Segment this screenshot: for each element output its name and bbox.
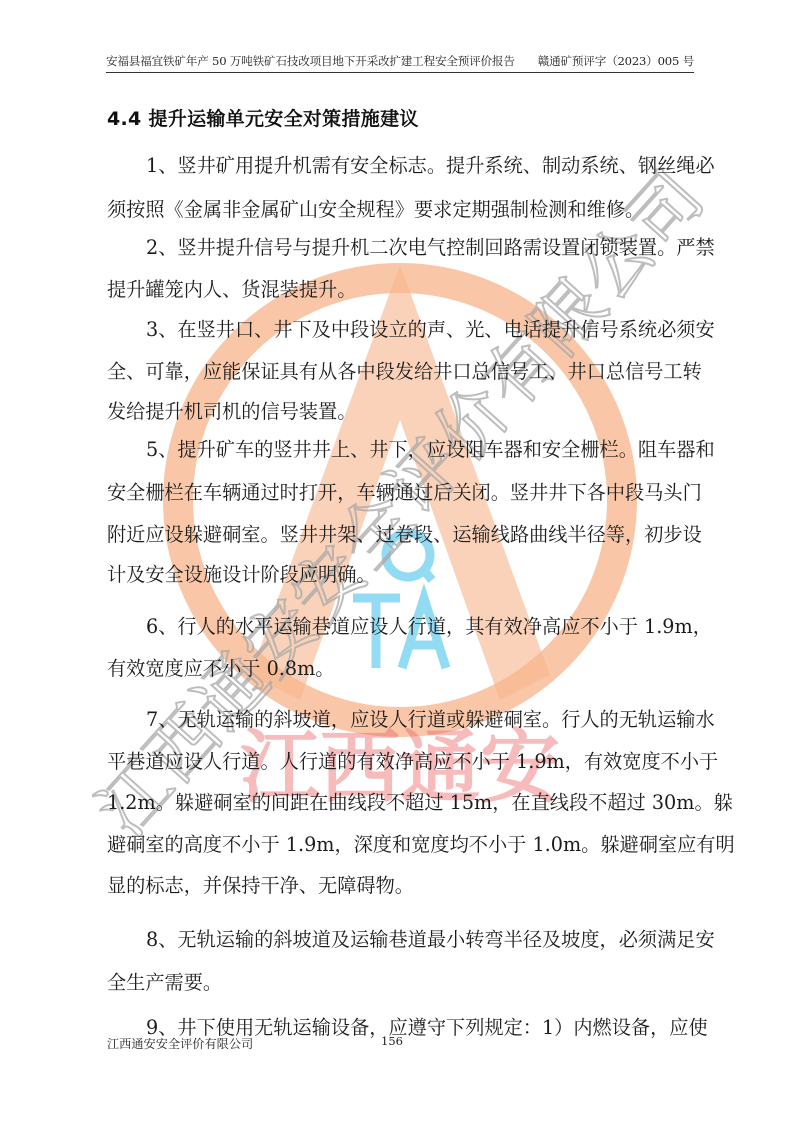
paragraph-7-line-2: 平巷道应设人行道。人行道的有效净高应不小于 1.9m，有效宽度不小于 (107, 749, 693, 775)
paragraph-5-line-3: 附近应设躲避硐室。竖井井架、过卷段、运输线路曲线半径等，初步设 (107, 522, 693, 548)
report-title: 安福县福宜铁矿年产 50 万吨铁矿石技改项目地下开采改扩建工程安全预评价报告 (106, 53, 515, 72)
watermark-qta-letters (353, 533, 446, 668)
paragraph-1-line-2: 须按照《金属非金属矿山安全规程》要求定期强制检测和维修。 (107, 197, 693, 223)
paragraph-7-line-5: 显的标志，并保持干净、无障碍物。 (107, 873, 693, 899)
paragraph-5-line-4: 计及安全设施设计阶段应明确。 (107, 562, 693, 588)
paragraph-7-line-3: 1.2m。躲避硐室的间距在曲线段不超过 15m，在直线段不超过 30m。躲 (107, 790, 693, 816)
report-number: 赣通矿预评字（2023）005 号 (538, 53, 694, 72)
paragraph-2-line-1: 2、竖井提升信号与提升机二次电气控制回路需设置闭锁装置。严禁 (146, 235, 693, 261)
paragraph-3-line-2: 全、可靠，应能保证具有从各中段发给井口总信号工、井口总信号工转 (107, 359, 693, 385)
paragraph-6-line-1: 6、行人的水平运输巷道应设人行道，其有效净高应不小于 1.9m， (146, 614, 693, 640)
page-header: 安福县福宜铁矿年产 50 万吨铁矿石技改项目地下开采改扩建工程安全预评价报告 赣… (106, 51, 694, 73)
paragraph-8-line-2: 全生产需要。 (107, 970, 693, 996)
paragraph-2-line-2: 提升罐笼内人、货混装提升。 (107, 277, 693, 303)
paragraph-7-line-1: 7、无轨运输的斜坡道，应设人行道或躲避硐室。行人的无轨运输水 (146, 707, 693, 733)
paragraph-1-line-1: 1、竖井矿用提升机需有安全标志。提升系统、制动系统、钢丝绳必 (146, 153, 693, 179)
paragraph-3-line-3: 发给提升机司机的信号装置。 (107, 399, 693, 425)
paragraph-7-line-4: 避硐室的高度不小于 1.9m，深度和宽度均不小于 1.0m。躲避硐室应有明 (107, 832, 693, 858)
footer-company-name: 江西通安安全评价有限公司 (107, 1035, 253, 1052)
paragraph-3-line-1: 3、在竖井口、井下及中段设立的声、光、电话提升信号系统必须安 (146, 317, 693, 343)
page-number: 156 (381, 1034, 403, 1048)
paragraph-6-line-2: 有效宽度应不小于 0.8m。 (107, 656, 693, 682)
paragraph-5-line-2: 安全栅栏在车辆通过时打开，车辆通过后关闭。竖井井下各中段马头门 (107, 480, 693, 506)
paragraph-5-line-1: 5、提升矿车的竖井井上、井下，应设阻车器和安全栅栏。阻车器和 (146, 437, 693, 463)
section-title: 4.4 提升运输单元安全对策措施建议 (107, 104, 419, 131)
paragraph-8-line-1: 8、无轨运输的斜坡道及运输巷道最小转弯半径及坡度，必须满足安 (146, 927, 693, 953)
